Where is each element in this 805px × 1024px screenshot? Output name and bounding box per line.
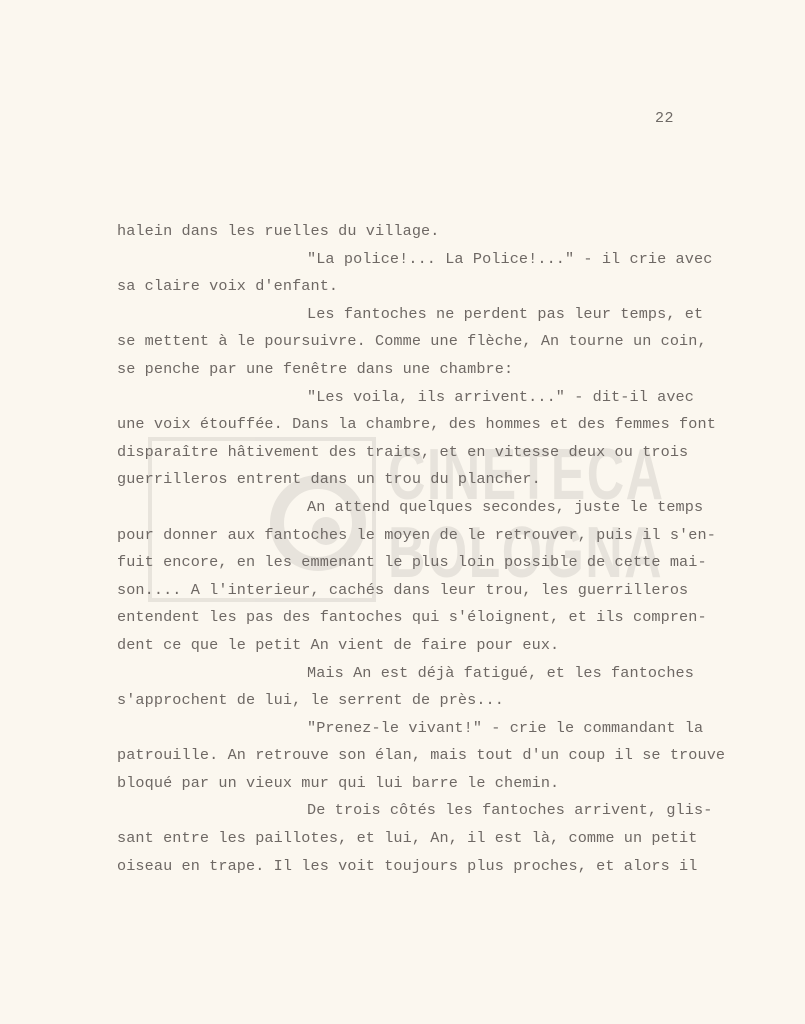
text-line: halein dans les ruelles du village. xyxy=(117,218,742,246)
text-line: se mettent à le poursuivre. Comme une fl… xyxy=(117,328,742,356)
text-line: patrouille. An retrouve son élan, mais t… xyxy=(117,742,742,770)
text-line: son.... A l'interieur, cachés dans leur … xyxy=(117,577,742,605)
text-line: une voix étouffée. Dans la chambre, des … xyxy=(117,411,742,439)
text-line: De trois côtés les fantoches arrivent, g… xyxy=(117,797,742,825)
text-line: bloqué par un vieux mur qui lui barre le… xyxy=(117,770,742,798)
text-line: Mais An est déjà fatigué, et les fantoch… xyxy=(117,660,742,688)
text-line: entendent les pas des fantoches qui s'él… xyxy=(117,604,742,632)
text-line: guerrilleros entrent dans un trou du pla… xyxy=(117,466,742,494)
text-line: fuit encore, en les emmenant le plus loi… xyxy=(117,549,742,577)
text-line: dent ce que le petit An vient de faire p… xyxy=(117,632,742,660)
page-number: 22 xyxy=(655,110,674,127)
typewritten-page: CINETECA BOLOGNA 22 halein dans les ruel… xyxy=(0,0,805,1024)
text-line: pour donner aux fantoches le moyen de le… xyxy=(117,522,742,550)
text-line: oiseau en trape. Il les voit toujours pl… xyxy=(117,853,742,881)
text-line: An attend quelques secondes, juste le te… xyxy=(117,494,742,522)
body-text: halein dans les ruelles du village. "La … xyxy=(117,218,742,880)
text-line: Les fantoches ne perdent pas leur temps,… xyxy=(117,301,742,329)
text-line: s'approchent de lui, le serrent de près.… xyxy=(117,687,742,715)
text-line: "La police!... La Police!..." - il crie … xyxy=(117,246,742,274)
text-line: "Prenez-le vivant!" - crie le commandant… xyxy=(117,715,742,743)
text-line: se penche par une fenêtre dans une chamb… xyxy=(117,356,742,384)
text-line: disparaître hâtivement des traits, et en… xyxy=(117,439,742,467)
text-line: sa claire voix d'enfant. xyxy=(117,273,742,301)
text-line: sant entre les paillotes, et lui, An, il… xyxy=(117,825,742,853)
text-line: "Les voila, ils arrivent..." - dit-il av… xyxy=(117,384,742,412)
